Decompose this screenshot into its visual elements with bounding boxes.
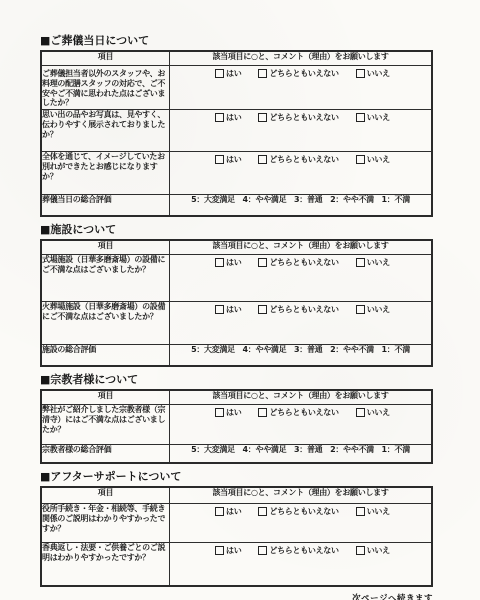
option-label: どちらともいえない bbox=[269, 69, 338, 79]
section-title-after-support: ■アフターサポートについて bbox=[40, 470, 433, 483]
summary-label: 葬儀当日の総合評価 bbox=[41, 195, 170, 217]
option-label: いいえ bbox=[367, 69, 390, 79]
option-label: いいえ bbox=[367, 155, 390, 165]
options-row: はいどちらともいえないいいえ bbox=[170, 152, 431, 165]
question-cell: 香典返し・法要・ご供養ごとのご説明はわかりやすかったですか？ bbox=[41, 543, 170, 587]
option-label: どちらともいえない bbox=[269, 408, 338, 418]
option-label: どちらともいえない bbox=[269, 305, 338, 315]
column-header-response: 該当項目に○と、コメント（理由）をお願いします bbox=[170, 240, 433, 255]
option-no: いいえ bbox=[356, 305, 390, 315]
option-label: はい bbox=[226, 113, 241, 123]
option-label: いいえ bbox=[367, 305, 390, 315]
option-label: はい bbox=[226, 258, 241, 268]
option-yes: はい bbox=[215, 408, 241, 418]
option-label: はい bbox=[226, 155, 241, 165]
options-row: はいどちらともいえないいいえ bbox=[170, 302, 431, 315]
column-header-response: 該当項目に○と、コメント（理由）をお願いします bbox=[170, 487, 433, 504]
option-yes: はい bbox=[215, 258, 241, 268]
options-row: はいどちらともいえないいいえ bbox=[170, 504, 431, 517]
next-page-note: 次ページへ続きます bbox=[40, 592, 433, 600]
option-label: どちらともいえない bbox=[269, 546, 338, 556]
option-no: いいえ bbox=[356, 408, 390, 418]
options-row: はいどちらともいえないいいえ bbox=[170, 110, 431, 123]
option-no: いいえ bbox=[356, 258, 390, 268]
survey-table-funeral-day: 項目 該当項目に○と、コメント（理由）をお願いします ご葬儀担当者以外のスタッフ… bbox=[40, 50, 433, 217]
response-cell: はいどちらともいえないいいえ bbox=[170, 543, 433, 587]
option-no: いいえ bbox=[356, 69, 390, 79]
checkbox-icon bbox=[258, 546, 267, 555]
checkbox-icon bbox=[258, 258, 267, 267]
question-cell: 役所手続き・年金・相続等、手続き関係のご説明はわかりやすかったですか？ bbox=[41, 504, 170, 543]
response-cell: はいどちらともいえないいいえ bbox=[170, 302, 433, 345]
summary-label: 施設の総合評価 bbox=[41, 345, 170, 367]
option-neutral: どちらともいえない bbox=[258, 408, 338, 418]
response-cell: はいどちらともいえないいいえ bbox=[170, 110, 433, 152]
section-title-funeral-day: ■ご葬儀当日について bbox=[40, 34, 433, 47]
option-no: いいえ bbox=[356, 155, 390, 165]
option-label: どちらともいえない bbox=[269, 155, 338, 165]
option-no: いいえ bbox=[356, 507, 390, 517]
checkbox-icon bbox=[356, 305, 365, 314]
rating-scale: 5：大変満足 4：やや満足 3：普通 2：やや不満 1：不満 bbox=[170, 345, 433, 367]
option-yes: はい bbox=[215, 155, 241, 165]
option-yes: はい bbox=[215, 69, 241, 79]
checkbox-icon bbox=[258, 113, 267, 122]
response-cell: はいどちらともいえないいいえ bbox=[170, 504, 433, 543]
column-header-item: 項目 bbox=[41, 487, 170, 504]
option-no: いいえ bbox=[356, 113, 390, 123]
checkbox-icon bbox=[215, 408, 224, 417]
option-label: どちらともいえない bbox=[269, 258, 338, 268]
response-cell: はいどちらともいえないいいえ bbox=[170, 255, 433, 302]
checkbox-icon bbox=[215, 507, 224, 516]
question-cell: 全体を通じて、イメージしていたお別れができたとお感じになりますか？ bbox=[41, 152, 170, 195]
option-neutral: どちらともいえない bbox=[258, 155, 338, 165]
option-neutral: どちらともいえない bbox=[258, 546, 338, 556]
option-neutral: どちらともいえない bbox=[258, 258, 338, 268]
checkbox-icon bbox=[356, 69, 365, 78]
column-header-item: 項目 bbox=[41, 51, 170, 66]
checkbox-icon bbox=[356, 507, 365, 516]
option-label: はい bbox=[226, 507, 241, 517]
option-neutral: どちらともいえない bbox=[258, 69, 338, 79]
summary-label: 宗教者様の総合評価 bbox=[41, 445, 170, 464]
checkbox-icon bbox=[356, 546, 365, 555]
survey-table-after-support: 項目 該当項目に○と、コメント（理由）をお願いします 役所手続き・年金・相続等、… bbox=[40, 486, 433, 587]
column-header-item: 項目 bbox=[41, 240, 170, 255]
survey-table-facilities: 項目 該当項目に○と、コメント（理由）をお願いします 式場施設（日華多磨斎場）の… bbox=[40, 239, 433, 367]
column-header-item: 項目 bbox=[41, 390, 170, 405]
checkbox-icon bbox=[356, 113, 365, 122]
section-title-facilities: ■施設について bbox=[40, 223, 433, 236]
checkbox-icon bbox=[356, 258, 365, 267]
option-label: はい bbox=[226, 69, 241, 79]
response-cell: はいどちらともいえないいいえ bbox=[170, 66, 433, 110]
column-header-response: 該当項目に○と、コメント（理由）をお願いします bbox=[170, 51, 433, 66]
option-label: どちらともいえない bbox=[269, 113, 338, 123]
column-header-response: 該当項目に○と、コメント（理由）をお願いします bbox=[170, 390, 433, 405]
option-label: いいえ bbox=[367, 113, 390, 123]
checkbox-icon bbox=[215, 305, 224, 314]
checkbox-icon bbox=[258, 155, 267, 164]
question-cell: 思い出の品やお写真は、見やすく、伝わりやすく展示されておりましたか？ bbox=[41, 110, 170, 152]
option-no: いいえ bbox=[356, 546, 390, 556]
question-cell: 弊社がご紹介しました宗教者様（宗清寺）にはご不満な点はございましたか？ bbox=[41, 405, 170, 445]
question-cell: ご葬儀担当者以外のスタッフや、お料理の配膳スタッフの対応で、ご不安やご不満に思わ… bbox=[41, 66, 170, 110]
checkbox-icon bbox=[258, 408, 267, 417]
option-yes: はい bbox=[215, 507, 241, 517]
rating-scale: 5：大変満足 4：やや満足 3：普通 2：やや不満 1：不満 bbox=[170, 445, 433, 464]
checkbox-icon bbox=[215, 155, 224, 164]
option-label: いいえ bbox=[367, 507, 390, 517]
option-neutral: どちらともいえない bbox=[258, 507, 338, 517]
checkbox-icon bbox=[258, 305, 267, 314]
checkbox-icon bbox=[356, 408, 365, 417]
checkbox-icon bbox=[356, 155, 365, 164]
options-row: はいどちらともいえないいいえ bbox=[170, 255, 431, 268]
checkbox-icon bbox=[258, 507, 267, 516]
survey-table-religious: 項目 該当項目に○と、コメント（理由）をお願いします 弊社がご紹介しました宗教者… bbox=[40, 389, 433, 464]
response-cell: はいどちらともいえないいいえ bbox=[170, 152, 433, 195]
checkbox-icon bbox=[215, 113, 224, 122]
scanned-survey-page: ■ご葬儀当日について 項目 該当項目に○と、コメント（理由）をお願いします ご葬… bbox=[0, 0, 480, 600]
checkbox-icon bbox=[215, 69, 224, 78]
option-neutral: どちらともいえない bbox=[258, 305, 338, 315]
option-label: いいえ bbox=[367, 546, 390, 556]
option-label: いいえ bbox=[367, 408, 390, 418]
response-cell: はいどちらともいえないいいえ bbox=[170, 405, 433, 445]
options-row: はいどちらともいえないいいえ bbox=[170, 543, 431, 556]
option-yes: はい bbox=[215, 305, 241, 315]
options-row: はいどちらともいえないいいえ bbox=[170, 66, 431, 79]
options-row: はいどちらともいえないいいえ bbox=[170, 405, 431, 418]
option-label: はい bbox=[226, 305, 241, 315]
checkbox-icon bbox=[258, 69, 267, 78]
question-cell: 火葬場施設（日華多磨斎場）の設備にご不満な点はございましたか？ bbox=[41, 302, 170, 345]
question-cell: 式場施設（日華多磨斎場）の設備にご不満な点はございましたか？ bbox=[41, 255, 170, 302]
option-label: いいえ bbox=[367, 258, 390, 268]
option-yes: はい bbox=[215, 113, 241, 123]
option-neutral: どちらともいえない bbox=[258, 113, 338, 123]
checkbox-icon bbox=[215, 546, 224, 555]
section-title-religious: ■宗教者様について bbox=[40, 373, 433, 386]
option-label: はい bbox=[226, 408, 241, 418]
checkbox-icon bbox=[215, 258, 224, 267]
option-label: はい bbox=[226, 546, 241, 556]
option-label: どちらともいえない bbox=[269, 507, 338, 517]
option-yes: はい bbox=[215, 546, 241, 556]
rating-scale: 5：大変満足 4：やや満足 3：普通 2：やや不満 1：不満 bbox=[170, 195, 433, 217]
